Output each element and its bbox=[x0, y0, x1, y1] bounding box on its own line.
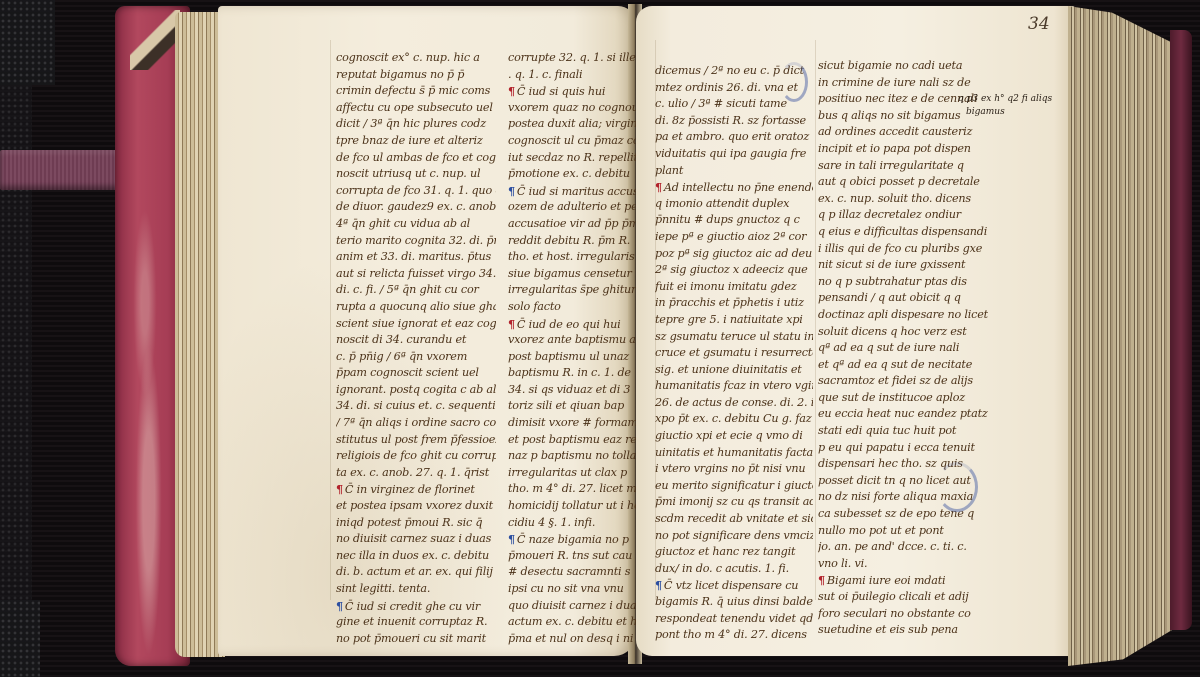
manuscript-line: ¶C̄ vtz licet dispensare cu bbox=[655, 577, 813, 594]
line-text: q p illaz decretalez ondiur bbox=[818, 208, 961, 221]
manuscript-line: tho. et host. irregularis bbox=[508, 249, 636, 266]
manuscript-line: 2ª sig giuctoz x adeeciz que bbox=[655, 262, 813, 279]
line-text: C̄ naze bigamia no p bbox=[517, 533, 629, 546]
manuscript-line: eu eccia heat nuc eandez ptatz bbox=[818, 406, 988, 423]
manuscript-line: q p illaz decretalez ondiur bbox=[818, 207, 988, 224]
mesh-support-bottom bbox=[0, 600, 40, 677]
manuscript-line: stitutus ul post frem p̄fessioez bbox=[336, 432, 496, 449]
manuscript-line: terio marito cognita 32. di. p̄ri bbox=[336, 233, 496, 250]
manuscript-line: sint legitti. tenta. bbox=[336, 581, 496, 598]
line-text: foro seculari no obstante co bbox=[818, 607, 971, 620]
line-text: in crimine de iure nali sz de bbox=[818, 76, 971, 89]
line-text: no diuisit carnez suaz i duas bbox=[336, 532, 491, 545]
manuscript-line: scient siue ignorat et eaz cog bbox=[336, 316, 496, 333]
line-text: cognoscit ul cu p̄maz cog bbox=[508, 134, 636, 147]
blue-pilcrow-icon: ¶ bbox=[655, 577, 662, 594]
manuscript-line: in crimine de iure nali sz de bbox=[818, 75, 988, 92]
book-cover-right bbox=[1170, 30, 1192, 630]
manuscript-line: plant bbox=[655, 163, 813, 180]
line-text: plant bbox=[655, 164, 683, 177]
manuscript-line: nit sicut si de iure gxissent bbox=[818, 257, 988, 274]
page-edges-right bbox=[1068, 6, 1178, 666]
line-text: p̄pam cognoscit scient uel bbox=[336, 366, 479, 379]
manuscript-line: p̄ma et nul on desq i ni bbox=[508, 631, 636, 648]
line-text: doctinaz apli dispesare no licet bbox=[818, 308, 988, 321]
ink-stain bbox=[780, 62, 808, 102]
manuscript-line: corrupta de fco 31. q. 1. quo ex bbox=[336, 183, 496, 200]
manuscript-line: reddit debitu R. p̄m R. bbox=[508, 233, 636, 250]
manuscript-line: irregularitas s̄pe ghitur bbox=[508, 282, 636, 299]
ink-stain bbox=[936, 462, 978, 512]
line-text: fuit ei imonu imitatu gdez bbox=[655, 280, 796, 293]
line-text: baptismu R. in c. 1. de bbox=[508, 366, 631, 379]
manuscript-line: iut secdaz no R. repellitur bbox=[508, 150, 636, 167]
line-text: sig. et unione diuinitatis et bbox=[655, 363, 802, 376]
line-text: nec illa in duos ex. c. debitu bbox=[336, 549, 489, 562]
manuscript-line: pont tho m 4° di. 27. dicens bbox=[655, 627, 813, 644]
red-pilcrow-icon: ¶ bbox=[336, 481, 343, 498]
manuscript-line: de diuor. gaudez9 ex. c. anob. bbox=[336, 199, 496, 216]
blue-pilcrow-icon: ¶ bbox=[336, 598, 343, 615]
manuscript-line: cognoscit ul cu p̄maz cog bbox=[508, 133, 636, 150]
manuscript-line: ¶C̄ iud si credit ghe cu vir bbox=[336, 598, 496, 615]
marginal-note-line: bigamus bbox=[958, 106, 1058, 119]
red-pilcrow-icon: ¶ bbox=[508, 83, 515, 100]
line-text: C̄ iud si credit ghe cu vir bbox=[345, 600, 480, 613]
manuscript-line: q imonio attendit duplex bbox=[655, 196, 813, 213]
blue-pilcrow-icon: ¶ bbox=[508, 531, 515, 548]
line-text: p eu qui papatu i ecca tenuit bbox=[818, 441, 975, 454]
manuscript-line: cruce et gsumatu i resurrectoe bbox=[655, 345, 813, 362]
manuscript-line: ipsi cu no sit vna vnu bbox=[508, 581, 636, 598]
line-text: aut si relicta fuisset virgo 34. bbox=[336, 267, 496, 280]
line-text: 4ª q̄n ghit cu vidua ab al bbox=[336, 217, 470, 230]
manuscript-line: sacramtoz et fidei sz de alijs bbox=[818, 373, 988, 390]
line-text: et postea ipsam vxorez duxit bbox=[336, 499, 493, 512]
manuscript-line: 26. de actus de conse. di. 2. in bbox=[655, 395, 813, 412]
line-text: ipsi cu no sit vna vnu bbox=[508, 582, 624, 595]
manuscript-line: viduitatis qui ipa gaugia fre bbox=[655, 146, 813, 163]
manuscript-line: actum ex. c. debitu et h bbox=[508, 614, 636, 631]
line-text: crimin defectu s̄ p̄ mic coms bbox=[336, 84, 490, 97]
line-text: actum ex. c. debitu et h bbox=[508, 615, 636, 628]
manuscript-line: sare in tali irregularitate q bbox=[818, 158, 988, 175]
line-text: pensandi / q aut obicit q q bbox=[818, 291, 961, 304]
manuscript-line: ¶C̄ in virginez de florinet bbox=[336, 481, 496, 498]
folio-number: 34 bbox=[1028, 14, 1050, 34]
manuscript-line: p̄motione ex. c. debitu bbox=[508, 166, 636, 183]
manuscript-line: dux/ in do. c acutis. 1. fi. bbox=[655, 561, 813, 578]
manuscript-line: toriz sili et qiuan bap bbox=[508, 398, 636, 415]
manuscript-line: ¶C̄ iud de eo qui hui bbox=[508, 316, 636, 333]
line-text: tepre gre 5. i natiuitate xpi bbox=[655, 313, 803, 326]
manuscript-line: 4ª q̄n ghit cu vidua ab al bbox=[336, 216, 496, 233]
manuscript-line: gine et inuenit corruptaz R. bbox=[336, 614, 496, 631]
line-text: C̄ in virginez de florinet bbox=[345, 483, 475, 496]
manuscript-line: no pot significare dens vmciz bbox=[655, 528, 813, 545]
line-text: irregularitas s̄pe ghitur bbox=[508, 283, 636, 296]
manuscript-line: anim et 33. di. maritus. p̄tus bbox=[336, 249, 496, 266]
line-text: no pot p̄moueri cu sit marit bbox=[336, 632, 486, 645]
manuscript-line: giuctio xpi et ecie q vmo di bbox=[655, 428, 813, 445]
line-text: respondeat tenendu videt qd' bbox=[655, 612, 813, 625]
line-text: p̄mi imonij sz cu qs transit ad bbox=[655, 495, 813, 508]
manuscript-line: sz gsumatu teruce ul statu in bbox=[655, 329, 813, 346]
line-text: p̄motione ex. c. debitu bbox=[508, 167, 630, 180]
line-text: qª ad ea q sut de iure nali bbox=[818, 341, 959, 354]
line-text: ta ex. c. anob. 27. q. 1. q̄rist bbox=[336, 466, 489, 479]
manuscript-line: crimin defectu s̄ p̄ mic coms bbox=[336, 83, 496, 100]
manuscript-line: tepre gre 5. i natiuitate xpi bbox=[655, 312, 813, 329]
manuscript-line: ta ex. c. anob. 27. q. 1. q̄rist bbox=[336, 465, 496, 482]
mesh-support-top bbox=[0, 0, 55, 85]
line-text: scient siue ignorat et eaz cog bbox=[336, 317, 496, 330]
manuscript-line: siue bigamus censetur na bbox=[508, 266, 636, 283]
line-text: vno li. vi. bbox=[818, 557, 867, 570]
line-text: stitutus ul post frem p̄fessioez bbox=[336, 433, 496, 446]
line-text: siue bigamus censetur na bbox=[508, 267, 636, 280]
blue-pilcrow-icon: ¶ bbox=[508, 183, 515, 200]
manuscript-line: noscit utriusq ut c. nup. ul bbox=[336, 166, 496, 183]
manuscript-line: incipit et io papa pot dispen bbox=[818, 141, 988, 158]
manuscript-line: ¶Bigami iure eoi mdati bbox=[818, 572, 988, 589]
manuscript-line: ¶C̄ iud si quis hui bbox=[508, 83, 636, 100]
line-text: ozem de adulterio et pende bbox=[508, 200, 636, 213]
line-text: postea duxit alia; virginez bbox=[508, 117, 636, 130]
line-text: sare in tali irregularitate q bbox=[818, 159, 964, 172]
line-text: ignorant. postq cogita c ab alio bbox=[336, 383, 496, 396]
line-text: 2ª sig giuctoz x adeeciz que bbox=[655, 263, 808, 276]
manuscript-line: noscit di 34. curandu et bbox=[336, 332, 496, 349]
manuscript-line: doctinaz apli dispesare no licet bbox=[818, 307, 988, 324]
line-text: sz gsumatu teruce ul statu in bbox=[655, 330, 813, 343]
manuscript-line: stati edi quia tuc huit pot bbox=[818, 423, 988, 440]
manuscript-line: ad ordines accedit causteriz bbox=[818, 124, 988, 141]
manuscript-line: # desectu sacramnti s bbox=[508, 564, 636, 581]
line-text: p̄ma et nul on desq i ni bbox=[508, 632, 633, 645]
manuscript-line: et post baptismu eaz rep bbox=[508, 432, 636, 449]
ruling-line bbox=[815, 40, 816, 600]
line-text: 34. di. si cuius et. c. sequenti bbox=[336, 399, 495, 412]
line-text: giuctoz et hanc rez tangit bbox=[655, 545, 795, 558]
line-text: iut secdaz no R. repellitur bbox=[508, 151, 636, 164]
line-text: irregularitas ut clax p bbox=[508, 466, 627, 479]
line-text: sicut bigamie no cadi ueta bbox=[818, 59, 962, 72]
line-text: corrupta de fco 31. q. 1. quo ex bbox=[336, 184, 496, 197]
line-text: humanitatis fcaz in vtero vgins bbox=[655, 379, 813, 392]
manuscript-line: foro seculari no obstante co bbox=[818, 606, 988, 623]
line-text: dicit / 3ª q̄n hic plures codz bbox=[336, 117, 486, 130]
manuscript-line: tpre bnaz de iure et alteriz bbox=[336, 133, 496, 150]
manuscript-line: / 7ª q̄n aliqs i ordine sacro co bbox=[336, 415, 496, 432]
line-text: C̄ vtz licet dispensare cu bbox=[664, 579, 798, 592]
manuscript-line: p̄mi imonij sz cu qs transit ad bbox=[655, 494, 813, 511]
text-column-4: sicut bigamie no cadi uetain crimine de … bbox=[818, 58, 988, 639]
line-text: toriz sili et qiuan bap bbox=[508, 399, 624, 412]
manuscript-line: p̄pam cognoscit scient uel bbox=[336, 365, 496, 382]
line-text: iepe pª e giuctio aioz 2ª cor bbox=[655, 230, 806, 243]
manuscript-line: humanitatis fcaz in vtero vgins bbox=[655, 378, 813, 395]
line-text: noscit di 34. curandu et bbox=[336, 333, 466, 346]
line-text: poz pª sig giuctoz aic ad deu bbox=[655, 247, 812, 260]
line-text: eu merito significatur i giuctoe bbox=[655, 479, 813, 492]
manuscript-line: eu merito significatur i giuctoe bbox=[655, 478, 813, 495]
bookmark-ribbon bbox=[0, 150, 118, 190]
manuscript-line: ¶C̄ iud si maritus accus bbox=[508, 183, 636, 200]
text-column-3: dicemus / 2ª no eu c. p̄ dictmtez ordini… bbox=[655, 63, 813, 644]
line-text: c. ulio / 3ª # sicuti tame bbox=[655, 97, 787, 110]
manuscript-line: scdm recedit ab vnitate et sic bbox=[655, 511, 813, 528]
manuscript-line: irregularitas ut clax p bbox=[508, 465, 636, 482]
line-text: 34. si qs viduaz et di 3 bbox=[508, 383, 630, 396]
manuscript-line: di. b. actum et ar. ex. qui filij bbox=[336, 564, 496, 581]
manuscript-line: sut oi p̄uilegio clicali et adij bbox=[818, 589, 988, 606]
line-text: rupta a quocunq alio siue ghat bbox=[336, 300, 496, 313]
line-text: tho. et host. irregularis bbox=[508, 250, 635, 263]
manuscript-line: xpo p̄t ex. c. debitu Cu g. faz bbox=[655, 411, 813, 428]
line-text: giuctio xpi et ecie q vmo di bbox=[655, 429, 803, 442]
manuscript-line: accusatioe vir ad p̄p p̄m bbox=[508, 216, 636, 233]
line-text: q eius e difficultas dispensandi bbox=[818, 225, 987, 238]
line-text: no pot significare dens vmciz bbox=[655, 529, 813, 542]
manuscript-line: sicut bigamie no cadi ueta bbox=[818, 58, 988, 75]
manuscript-line: corrupte 32. q. 1. si ille si bbox=[508, 50, 636, 67]
line-text: vxorez ante baptismu al bbox=[508, 333, 636, 346]
manuscript-line: vxorem quaz no cognou bbox=[508, 100, 636, 117]
line-text: i illis qui de fco cu pluribs gxe bbox=[818, 242, 982, 255]
manuscript-line: sig. et unione diuinitatis et bbox=[655, 362, 813, 379]
manuscript-line: qª ad ea q sut de iure nali bbox=[818, 340, 988, 357]
line-text: incipit et io papa pot dispen bbox=[818, 142, 971, 155]
manuscript-line: vxorez ante baptismu al bbox=[508, 332, 636, 349]
manuscript-line: respondeat tenendu videt qd' bbox=[655, 611, 813, 628]
line-text: naz p baptismu no tolla bbox=[508, 449, 636, 462]
line-text: stati edi quia tuc huit pot bbox=[818, 424, 956, 437]
line-text: accusatioe vir ad p̄p p̄m bbox=[508, 217, 636, 230]
line-text: et post baptismu eaz rep bbox=[508, 433, 636, 446]
line-text: pa et ambro. quo erit oratoz bbox=[655, 130, 809, 143]
line-text: p̄nnitu # dups gnuctoz q c bbox=[655, 213, 800, 226]
line-text: nullo mo pot ut et pont bbox=[818, 524, 944, 537]
manuscript-line: et postea ipsam vxorez duxit bbox=[336, 498, 496, 515]
manuscript-line: tho. m 4° di. 27. licet mi bbox=[508, 481, 636, 498]
manuscript-line: ¶Ad intellectu no p̄ne enendo bbox=[655, 179, 813, 196]
manuscript-line: solo facto bbox=[508, 299, 636, 316]
line-text: / 7ª q̄n aliqs i ordine sacro co bbox=[336, 416, 496, 429]
line-text: reputat bigamus no p̄ p̄ bbox=[336, 68, 464, 81]
line-text: C̄ iud si maritus accus bbox=[517, 185, 636, 198]
line-text: ad ordines accedit causteriz bbox=[818, 125, 972, 138]
manuscript-line: q eius e difficultas dispensandi bbox=[818, 224, 988, 241]
manuscript-line: bigamis R. q̄ uius dinsi balde bbox=[655, 594, 813, 611]
line-text: di. b. actum et ar. ex. qui filij bbox=[336, 565, 493, 578]
line-text: et qª ad ea q sut de necitate bbox=[818, 358, 972, 371]
line-text: solo facto bbox=[508, 300, 561, 313]
text-column-1: cognoscit ex° c. nup. hic areputat bigam… bbox=[336, 50, 496, 647]
line-text: anim et 33. di. maritus. p̄tus bbox=[336, 250, 491, 263]
manuscript-line: pa et ambro. quo erit oratoz bbox=[655, 129, 813, 146]
line-text: C̄ iud de eo qui hui bbox=[517, 318, 621, 331]
manuscript-line: nullo mo pot ut et pont bbox=[818, 523, 988, 540]
manuscript-line: cidiu 4 §. 1. infi. bbox=[508, 515, 636, 532]
line-text: q imonio attendit duplex bbox=[655, 197, 789, 210]
line-text: tho. m 4° di. 27. licet mi bbox=[508, 482, 636, 495]
marginal-note-line: q p3 ex h° q2 fi aliqs bbox=[958, 93, 1058, 106]
manuscript-line: religiois de fco ghit cu corrup bbox=[336, 448, 496, 465]
manuscript-line: homicidij tollatur ut i her bbox=[508, 498, 636, 515]
manuscript-line: quo diuisit carnez i dua bbox=[508, 598, 636, 615]
line-text: in p̄racchis et p̄phetis i utiz bbox=[655, 296, 804, 309]
manuscript-line: ignorant. postq cogita c ab alio bbox=[336, 382, 496, 399]
manuscript-line: i illis qui de fco cu pluribs gxe bbox=[818, 241, 988, 258]
manuscript-line: ozem de adulterio et pende bbox=[508, 199, 636, 216]
manuscript-line: p eu qui papatu i ecca tenuit bbox=[818, 440, 988, 457]
line-text: religiois de fco ghit cu corrup bbox=[336, 449, 496, 462]
manuscript-line: affectu cu ope subsecuto uel di bbox=[336, 100, 496, 117]
red-pilcrow-icon: ¶ bbox=[818, 572, 825, 589]
text-column-2: corrupte 32. q. 1. si ille si. q. 1. c. … bbox=[508, 50, 636, 647]
line-text: dimisit vxore # formam bbox=[508, 416, 636, 429]
manuscript-line: postea duxit alia; virginez bbox=[508, 116, 636, 133]
manuscript-line: post baptismu ul unaz bbox=[508, 349, 636, 366]
line-text: cidiu 4 §. 1. infi. bbox=[508, 516, 595, 529]
line-text: sint legitti. tenta. bbox=[336, 582, 430, 595]
line-text: uinitatis et humanitatis facta bbox=[655, 446, 813, 459]
manuscript-line: 34. si qs viduaz et di 3 bbox=[508, 382, 636, 399]
line-text: tpre bnaz de iure et alteriz bbox=[336, 134, 483, 147]
line-text: homicidij tollatur ut i her bbox=[508, 499, 636, 512]
line-text: Bigami iure eoi mdati bbox=[827, 574, 946, 587]
manuscript-line: c. p̄ pn̄ig / 6ª q̄n vxorem bbox=[336, 349, 496, 366]
line-text: . q. 1. c. finali bbox=[508, 68, 582, 81]
manuscript-line: in p̄racchis et p̄phetis i utiz bbox=[655, 295, 813, 312]
line-text: scdm recedit ab vnitate et sic bbox=[655, 512, 813, 525]
manuscript-line: reputat bigamus no p̄ p̄ bbox=[336, 67, 496, 84]
manuscript-line: cognoscit ex° c. nup. hic a bbox=[336, 50, 496, 67]
manuscript-line: baptismu R. in c. 1. de bbox=[508, 365, 636, 382]
manuscript-line: pensandi / q aut obicit q q bbox=[818, 290, 988, 307]
line-text: que sut de institucoe aploz bbox=[818, 391, 965, 404]
manuscript-line: p̄moueri R. tns sut cau bbox=[508, 548, 636, 565]
line-text: xpo p̄t ex. c. debitu Cu g. faz bbox=[655, 412, 811, 425]
line-text: 26. de actus de conse. di. 2. in bbox=[655, 396, 813, 409]
line-text: cruce et gsumatu i resurrectoe bbox=[655, 346, 813, 359]
manuscript-line: . q. 1. c. finali bbox=[508, 67, 636, 84]
manuscript-line: giuctoz et hanc rez tangit bbox=[655, 544, 813, 561]
manuscript-line: rupta a quocunq alio siue ghat bbox=[336, 299, 496, 316]
manuscript-line: naz p baptismu no tolla bbox=[508, 448, 636, 465]
manuscript-line: aut q obici posset p decretale bbox=[818, 174, 988, 191]
line-text: bigamis R. q̄ uius dinsi balde bbox=[655, 595, 813, 608]
manuscript-line: poz pª sig giuctoz aic ad deu bbox=[655, 246, 813, 263]
line-text: vxorem quaz no cognou bbox=[508, 101, 636, 114]
line-text: affectu cu ope subsecuto uel di bbox=[336, 101, 496, 114]
line-text: i vtero vrgins no p̄t nisi vnu bbox=[655, 462, 805, 475]
manuscript-line: fuit ei imonu imitatu gdez bbox=[655, 279, 813, 296]
red-pilcrow-icon: ¶ bbox=[508, 316, 515, 333]
manuscript-line: nec illa in duos ex. c. debitu bbox=[336, 548, 496, 565]
line-text: C̄ iud si quis hui bbox=[517, 85, 605, 98]
manuscript-line: que sut de institucoe aploz bbox=[818, 390, 988, 407]
line-text: sacramtoz et fidei sz de alijs bbox=[818, 374, 973, 387]
line-text: ex. c. nup. soluit tho. dicens bbox=[818, 192, 971, 205]
cover-corner-damage bbox=[130, 10, 180, 70]
manuscript-line: et qª ad ea q sut de necitate bbox=[818, 357, 988, 374]
line-text: # desectu sacramnti s bbox=[508, 565, 630, 578]
manuscript-line: iepe pª e giuctio aioz 2ª cor bbox=[655, 229, 813, 246]
marginal-note: q p3 ex h° q2 fi aliqs bigamus bbox=[958, 93, 1058, 119]
line-text: eu eccia heat nuc eandez ptatz bbox=[818, 407, 988, 420]
manuscript-line: no q p subtrahatur ptas dis bbox=[818, 274, 988, 291]
line-text: positiuo nec itez e de cennali bbox=[818, 92, 977, 105]
line-text: dux/ in do. c acutis. 1. fi. bbox=[655, 562, 789, 575]
red-pilcrow-icon: ¶ bbox=[655, 179, 662, 196]
line-text: suetudine et eis sub pena bbox=[818, 623, 958, 636]
manuscript-line: iniqd potest p̄moui R. sic q̄ bbox=[336, 515, 496, 532]
line-text: mtez ordinis 26. di. vna et bbox=[655, 81, 798, 94]
line-text: terio marito cognita 32. di. p̄ri bbox=[336, 234, 496, 247]
line-text: soluit dicens q hoc verz est bbox=[818, 325, 967, 338]
line-text: dispensari hec tho. sz quis bbox=[818, 457, 963, 470]
manuscript-line: de fco ul ambas de fco et cog bbox=[336, 150, 496, 167]
line-text: iniqd potest p̄moui R. sic q̄ bbox=[336, 516, 482, 529]
manuscript-line: i vtero vrgins no p̄t nisi vnu bbox=[655, 461, 813, 478]
manuscript-line: 34. di. si cuius et. c. sequenti bbox=[336, 398, 496, 415]
line-text: sut oi p̄uilegio clicali et adij bbox=[818, 590, 968, 603]
line-text: cognoscit ex° c. nup. hic a bbox=[336, 51, 480, 64]
line-text: jo. an. pe and' dcce. c. ti. c. bbox=[818, 540, 967, 553]
ruling-line bbox=[330, 40, 331, 600]
line-text: noscit utriusq ut c. nup. ul bbox=[336, 167, 480, 180]
manuscript-line: di. 8z p̄ossisti R. sz fortasse bbox=[655, 113, 813, 130]
line-text: p̄moueri R. tns sut cau bbox=[508, 549, 632, 562]
manuscript-line: ¶C̄ naze bigamia no p bbox=[508, 531, 636, 548]
line-text: no q p subtrahatur ptas dis bbox=[818, 275, 967, 288]
manuscript-line: dicit / 3ª q̄n hic plures codz bbox=[336, 116, 496, 133]
line-text: nit sicut si de iure gxissent bbox=[818, 258, 965, 271]
manuscript-line: uinitatis et humanitatis facta bbox=[655, 445, 813, 462]
manuscript-line: p̄nnitu # dups gnuctoz q c bbox=[655, 212, 813, 229]
manuscript-line: suetudine et eis sub pena bbox=[818, 622, 988, 639]
line-text: corrupte 32. q. 1. si ille si bbox=[508, 51, 636, 64]
manuscript-line: vno li. vi. bbox=[818, 556, 988, 573]
manuscript-line: no diuisit carnez suaz i duas bbox=[336, 531, 496, 548]
line-text: post baptismu ul unaz bbox=[508, 350, 629, 363]
manuscript-line: dimisit vxore # formam bbox=[508, 415, 636, 432]
manuscript-line: jo. an. pe and' dcce. c. ti. c. bbox=[818, 539, 988, 556]
manuscript-line: di. c. fi. / 5ª q̄n ghit cu cor bbox=[336, 282, 496, 299]
manuscript-line: ex. c. nup. soluit tho. dicens bbox=[818, 191, 988, 208]
line-text: gine et inuenit corruptaz R. bbox=[336, 615, 487, 628]
line-text: de fco ul ambas de fco et cog bbox=[336, 151, 496, 164]
manuscript-line: soluit dicens q hoc verz est bbox=[818, 324, 988, 341]
manuscript-line: no pot p̄moueri cu sit marit bbox=[336, 631, 496, 648]
line-text: reddit debitu R. p̄m R. bbox=[508, 234, 630, 247]
line-text: bus q aliqs no sit bigamus bbox=[818, 109, 960, 122]
line-text: di. c. fi. / 5ª q̄n ghit cu cor bbox=[336, 283, 479, 296]
line-text: quo diuisit carnez i dua bbox=[508, 599, 636, 612]
manuscript-line: aut si relicta fuisset virgo 34. bbox=[336, 266, 496, 283]
line-text: de diuor. gaudez9 ex. c. anob. bbox=[336, 200, 496, 213]
line-text: viduitatis qui ipa gaugia fre bbox=[655, 147, 806, 160]
line-text: pont tho m 4° di. 27. dicens bbox=[655, 628, 807, 641]
line-text: c. p̄ pn̄ig / 6ª q̄n vxorem bbox=[336, 350, 467, 363]
line-text: Ad intellectu no p̄ne enendo bbox=[664, 181, 813, 194]
line-text: aut q obici posset p decretale bbox=[818, 175, 980, 188]
line-text: di. 8z p̄ossisti R. sz fortasse bbox=[655, 114, 806, 127]
